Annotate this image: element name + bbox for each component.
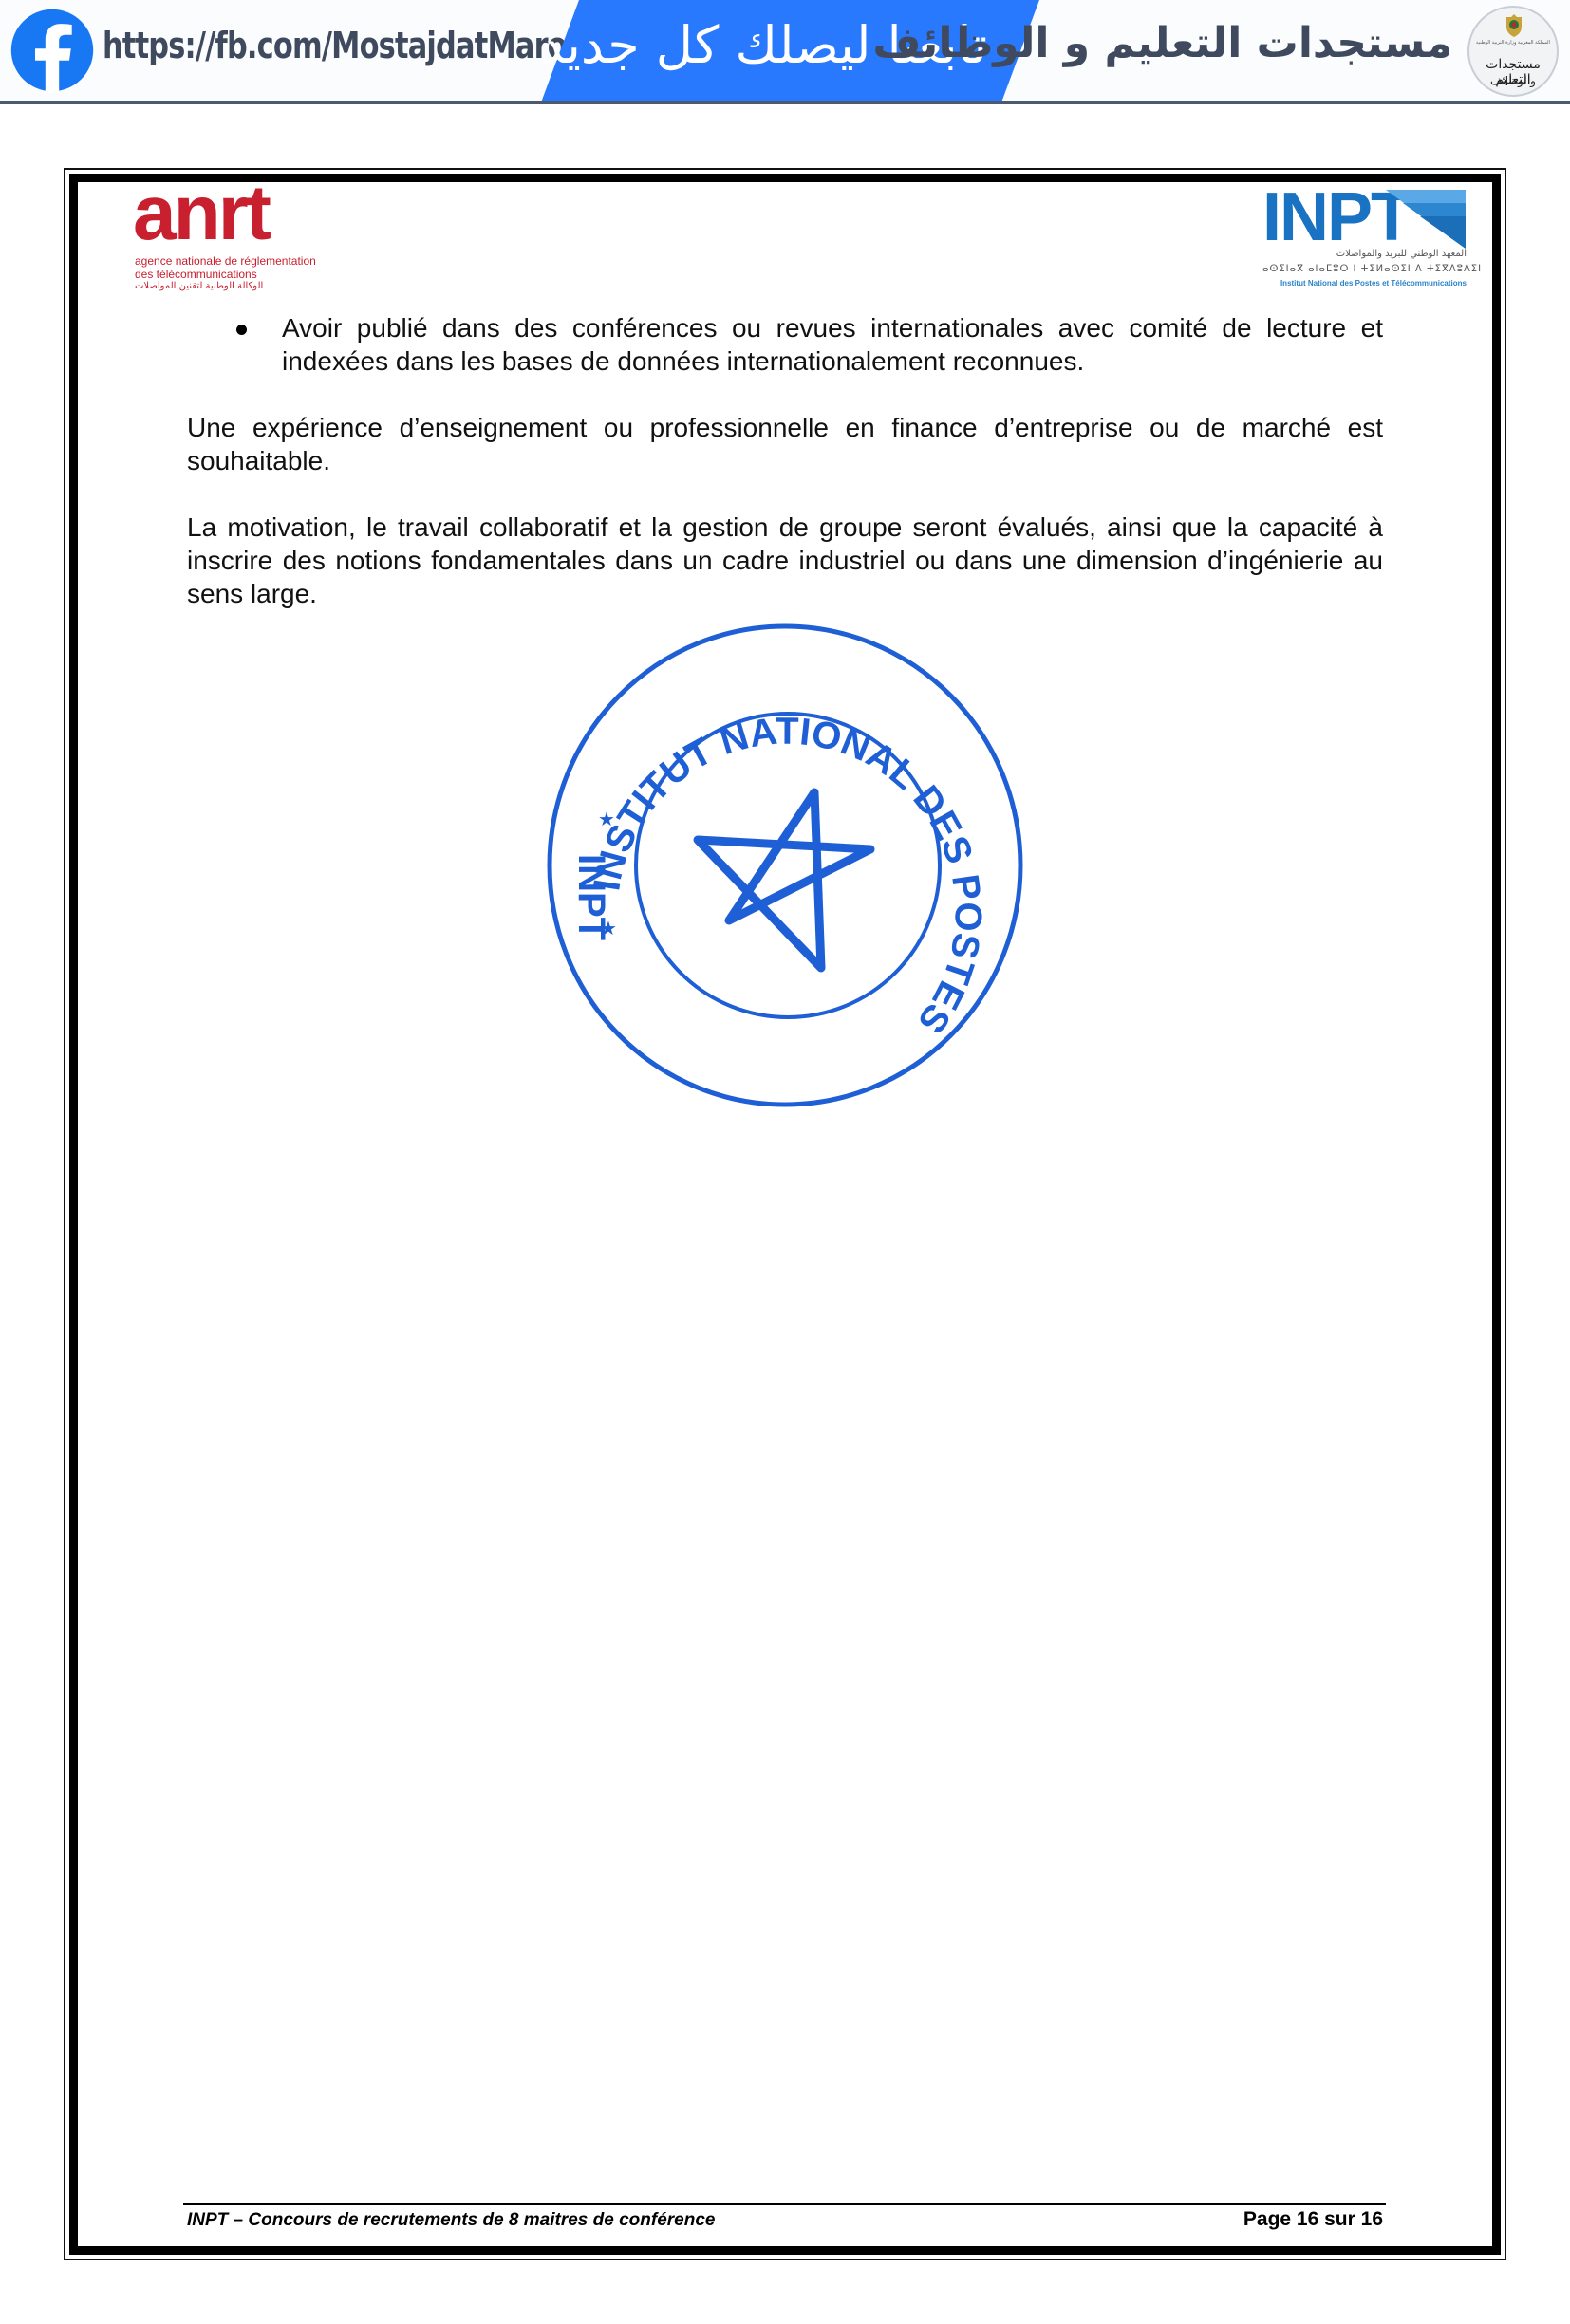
inpt-logo-french: Institut National des Postes et Télécomm… xyxy=(1262,279,1467,288)
anrt-logo-subtitle-arabic: الوكالة الوطنية لتقنين المواصلات xyxy=(135,281,263,291)
bullet-text: Avoir publié dans des conférences ou rev… xyxy=(282,311,1383,378)
stamp-star-left-icon: ★ xyxy=(598,809,615,830)
bullet-item: Avoir publié dans des conférences ou rev… xyxy=(187,311,1383,378)
top-banner: https://fb.com/MostajdatMaroc تابعنا ليص… xyxy=(0,0,1570,104)
pentagram-star-icon xyxy=(698,792,870,968)
facebook-icon[interactable] xyxy=(9,8,95,93)
site-logo[interactable]: المملكة المغربية وزارة التربية الوطنية م… xyxy=(1467,6,1559,97)
morocco-emblem-icon xyxy=(1503,13,1525,38)
inpt-logo: INPT المعهد الوطني للبريد والمواصلات ⴰⵙⵉ… xyxy=(1262,186,1467,295)
inpt-logo-arabic: المعهد الوطني للبريد والمواصلات xyxy=(1262,249,1467,259)
anrt-logo-subtitle-1: agence nationale de réglementation xyxy=(135,254,316,268)
paragraph-motivation: La motivation, le travail collaboratif e… xyxy=(187,511,1383,610)
facebook-url-link[interactable]: https://fb.com/MostajdatMaroc xyxy=(103,25,583,66)
document-body: Avoir publié dans des conférences ou rev… xyxy=(187,311,1383,610)
stamp-star-right-icon: ★ xyxy=(600,919,617,939)
site-title: مستجدات التعليم و الوظائف xyxy=(1073,19,1452,67)
page-number: Page 16 sur 16 xyxy=(1130,2208,1383,2231)
logo-line-2: والوظائف xyxy=(1469,74,1557,87)
paragraph-experience: Une expérience d’enseignement ou profess… xyxy=(187,411,1383,477)
logo-small-text: المملكة المغربية وزارة التربية الوطنية xyxy=(1469,40,1557,46)
anrt-logo-subtitle-2: des télécommunications xyxy=(135,268,257,281)
banner-divider xyxy=(0,101,1570,104)
anrt-logo-word: anrt xyxy=(133,169,269,258)
footer-title: INPT – Concours de recrutements de 8 mai… xyxy=(187,2210,715,2231)
anrt-logo: anrt agence nationale de réglementation … xyxy=(133,178,361,292)
official-stamp: INSTITUT NATIONAL DES POSTES ET TELECOMM… xyxy=(541,617,1025,1110)
inpt-arrows-icon xyxy=(1386,190,1466,249)
footer-divider xyxy=(183,2203,1386,2205)
bullet-icon xyxy=(236,325,247,335)
inpt-logo-tifinagh: ⴰⵙⵉⵏⴰⴳ ⴰⵏⴰⵎⵓⵔ ⵏ ⵜⵉⵍⴰⵙⵉⵏ ⴷ ⵜⵉⴳⴷⵓⴷⵉⵏ xyxy=(1262,264,1467,274)
